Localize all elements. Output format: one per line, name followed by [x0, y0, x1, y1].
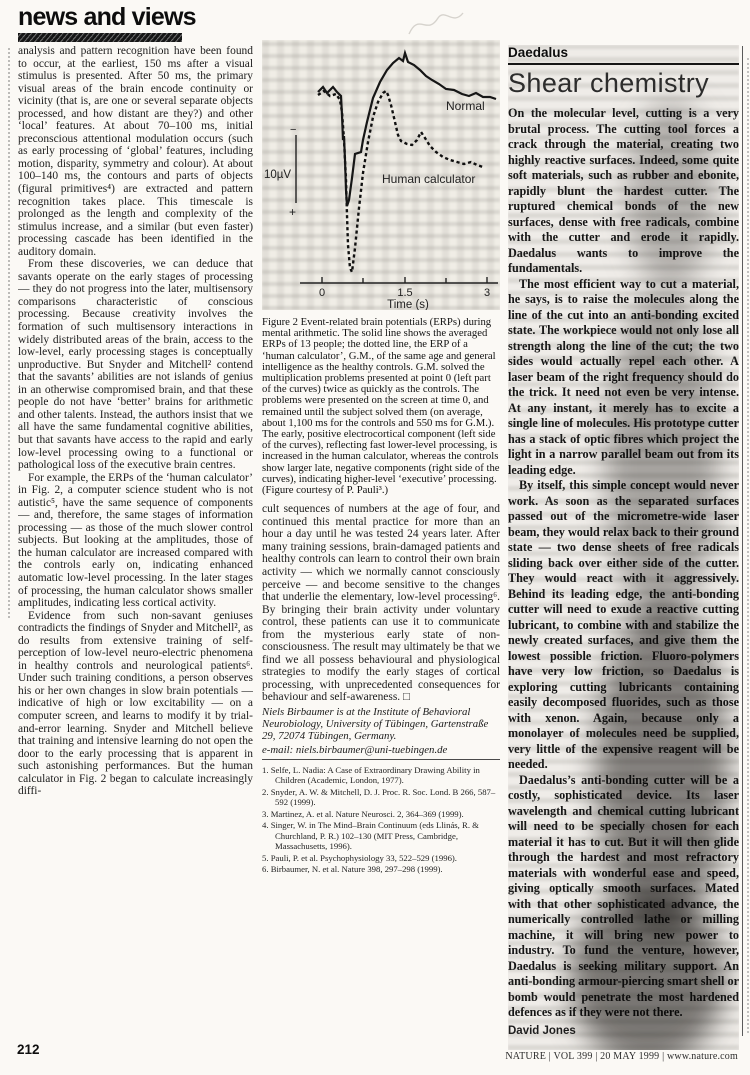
- author-email: e-mail: niels.birbaumer@uni-tuebingen.de: [262, 744, 500, 760]
- pen-mark: [405, 8, 467, 38]
- section-header-underline: [18, 33, 182, 42]
- reference-item: 3. Martinez, A. et al. Nature Neurosci. …: [262, 809, 500, 820]
- daedalus-paragraph: The most efficient way to cut a material…: [508, 277, 739, 479]
- reference-list: 1. Selfe, L. Nadia: A Case of Extraordin…: [262, 765, 500, 875]
- journal-page: news and views analysis and pattern reco…: [0, 0, 750, 1075]
- erp-figure: − + 10µV 0 1.5 3 Time (s): [262, 40, 500, 310]
- reference-item: 4. Singer, W. in The Mind–Brain Continuu…: [262, 820, 500, 852]
- daedalus-title: Shear chemistry: [508, 68, 739, 99]
- scale-plus-label: +: [289, 205, 296, 219]
- reference-item: 6. Birbaumer, N. et al. Nature 398, 297–…: [262, 864, 500, 875]
- page-number: 212: [17, 1042, 40, 1057]
- scale-minus-label: −: [290, 124, 296, 136]
- article-paragraph-continuation: cult sequences of numbers at the age of …: [262, 503, 500, 704]
- x-tick-0: 0: [319, 287, 325, 299]
- right-column-rule: [742, 46, 743, 1036]
- x-axis-ticks: [322, 277, 487, 283]
- right-margin-dotted-rule: [747, 58, 749, 1033]
- human-calculator-label: Human calculator: [382, 172, 475, 186]
- author-affiliation: Niels Birbaumer is at the Institute of B…: [262, 706, 500, 743]
- daedalus-kicker: Daedalus: [508, 45, 739, 65]
- journal-footer: NATURE | VOL 399 | 20 MAY 1999 | www.nat…: [505, 1051, 738, 1062]
- article-column-1: analysis and pattern recognition have be…: [18, 45, 253, 963]
- left-margin-dotted-rule: [8, 48, 10, 618]
- x-tick-3: 3: [484, 287, 490, 299]
- scale-value-label: 10µV: [264, 169, 291, 181]
- article-paragraph: Evidence from such non-savant geniuses c…: [18, 610, 253, 798]
- daedalus-column: Daedalus Shear chemistry On the molecula…: [508, 45, 739, 1050]
- reference-item: 1. Selfe, L. Nadia: A Case of Extraordin…: [262, 765, 500, 786]
- x-axis-label: Time (s): [387, 299, 429, 310]
- article-column-2: − + 10µV 0 1.5 3 Time (s): [262, 40, 500, 1060]
- article-paragraph: For example, the ERPs of the ‘human calc…: [18, 472, 253, 610]
- daedalus-paragraph: On the molecular level, cutting is a ver…: [508, 106, 739, 277]
- daedalus-paragraph: By itself, this simple concept would nev…: [508, 478, 739, 773]
- reference-item: 2. Snyder, A. W. & Mitchell, D. J. Proc.…: [262, 787, 500, 808]
- daedalus-paragraph: Daedalus’s anti-bonding cutter will be a…: [508, 773, 739, 1021]
- x-tick-1-5: 1.5: [397, 287, 412, 299]
- page-title: news and views: [18, 3, 196, 32]
- erp-chart: − + 10µV 0 1.5 3 Time (s): [262, 40, 500, 310]
- article-paragraph: analysis and pattern recognition have be…: [18, 45, 253, 258]
- article-paragraph: From these discoveries, we can deduce th…: [18, 258, 253, 471]
- daedalus-byline: David Jones: [508, 1025, 739, 1037]
- reference-item: 5. Pauli, P. et al. Psychophysiology 33,…: [262, 853, 500, 864]
- normal-label: Normal: [446, 99, 485, 113]
- figure-caption: Figure 2 Event-related brain potentials …: [262, 317, 500, 496]
